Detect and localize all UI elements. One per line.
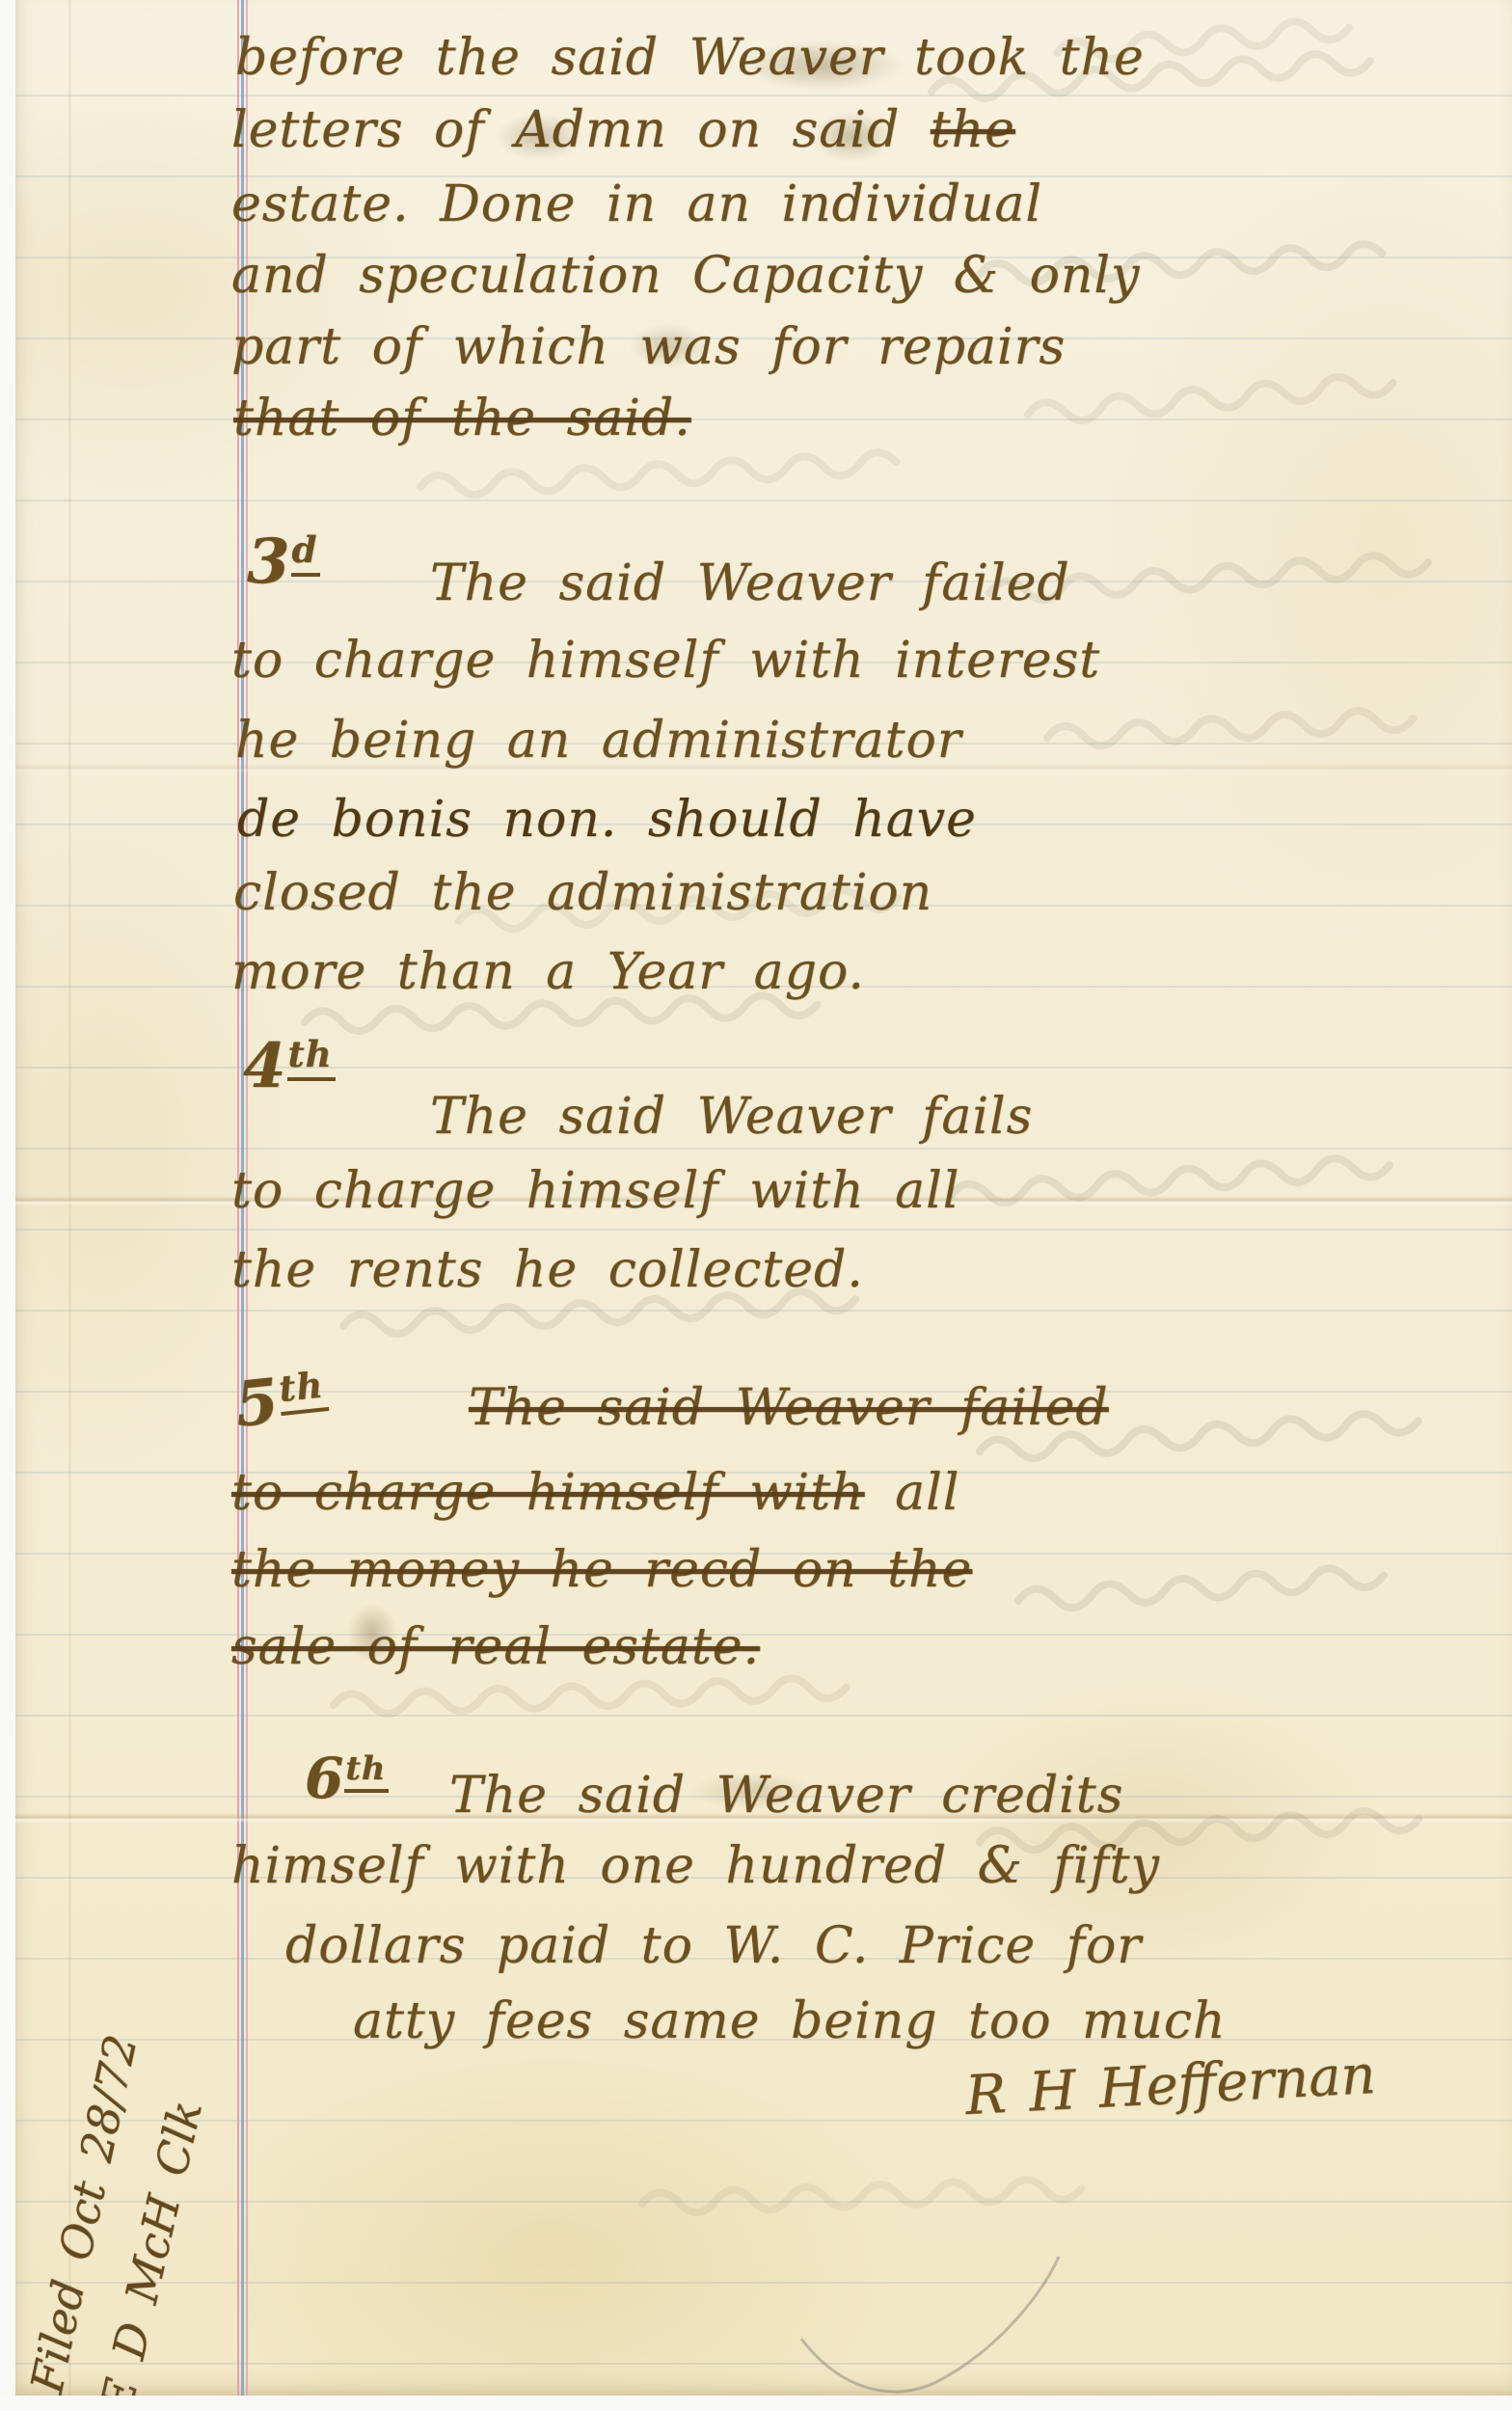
- line-17: to charge himself with all: [231, 1464, 959, 1522]
- scanner-edge-left: [0, 0, 15, 2411]
- line-20: The said Weaver credits: [449, 1767, 1123, 1825]
- line-16: The said Weaver failed: [469, 1379, 1109, 1437]
- line-15: the rents he collected.: [231, 1241, 864, 1299]
- line-09: he being an administrator: [235, 712, 962, 770]
- line-10: de bonis non. should have: [237, 791, 977, 849]
- line-02: letters of Admn on said the: [231, 101, 1015, 159]
- line-13: The said Weaver fails: [430, 1088, 1033, 1146]
- scanned-document-screenshot: { "document": { "kind": "handwritten-pro…: [0, 0, 1512, 2411]
- ordinal-6th: 6th: [305, 1746, 389, 1811]
- line-03: estate. Done in an individual: [231, 176, 1042, 233]
- line-19: sale of real estate.: [231, 1618, 760, 1676]
- ordinal-5th: 5th: [231, 1360, 331, 1442]
- ordinal-4th: 4th: [243, 1030, 336, 1102]
- line-07: The said Weaver failed: [430, 555, 1070, 612]
- line-14: to charge himself with all: [231, 1162, 959, 1220]
- line-21: himself with one hundred & fifty: [231, 1837, 1160, 1895]
- line-18: the money he recd on the: [231, 1541, 972, 1599]
- signature: R H Heffernan: [964, 2044, 1378, 2127]
- document-page: before the said Weaver took theletters o…: [15, 0, 1512, 2396]
- line-12: more than a Year ago.: [231, 943, 865, 1001]
- line-11: closed the administration: [233, 864, 932, 922]
- line-23: atty fees same being too much: [353, 1992, 1226, 2050]
- line-04: and speculation Capacity & only: [231, 247, 1140, 305]
- ordinal-3rd: 3d: [247, 526, 320, 598]
- line-08: to charge himself with interest: [231, 632, 1100, 690]
- line-01: before the said Weaver took the: [235, 29, 1145, 87]
- vertical-crease: [68, 0, 71, 2396]
- line-05: part of which was for repairs: [231, 318, 1066, 376]
- scanner-edge-bottom: [0, 2396, 1512, 2411]
- line-06: that of the said.: [233, 390, 691, 447]
- line-22: dollars paid to W. C. Price for: [285, 1917, 1142, 1975]
